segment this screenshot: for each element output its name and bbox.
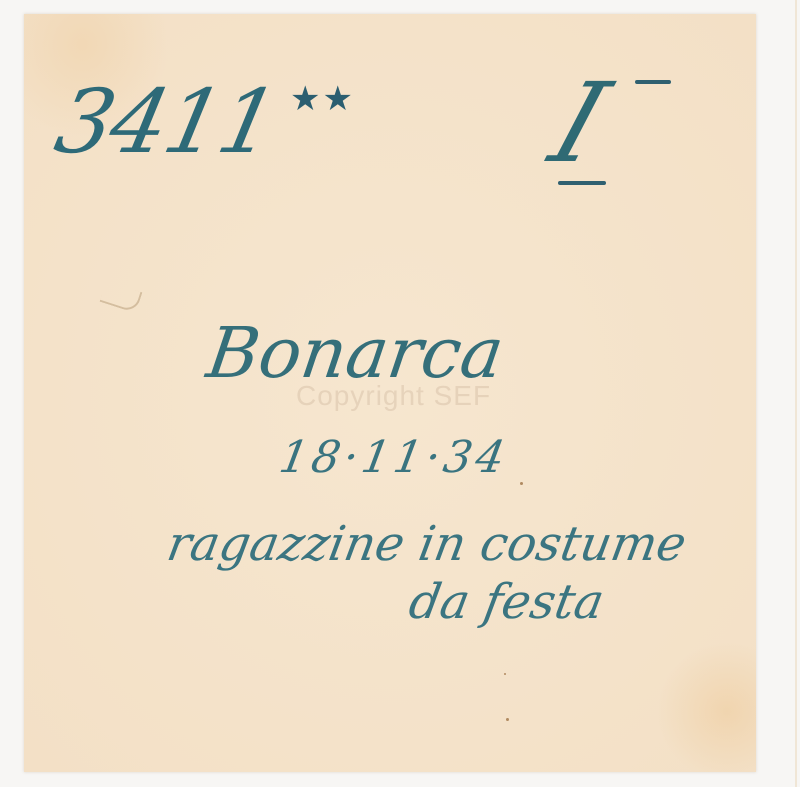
paper-speck	[504, 673, 506, 675]
photo-date: 18·11·34	[276, 436, 512, 480]
catalog-number: 3411	[49, 78, 284, 166]
roman-top-bar	[635, 80, 671, 84]
place-name: Bonarca	[203, 318, 508, 388]
caption-line-1: ragazzine in costume	[164, 520, 690, 568]
copyright-watermark: Copyright SEF	[296, 380, 491, 412]
roman-bottom-bar	[558, 181, 606, 185]
paper-speck	[520, 482, 523, 485]
catalog-star-marks: ★★	[290, 82, 355, 116]
mount-edge-line	[795, 0, 797, 787]
paper-fiber-mark	[100, 281, 143, 314]
caption-line-2: da festa	[406, 578, 608, 626]
paper-speck	[506, 718, 509, 721]
